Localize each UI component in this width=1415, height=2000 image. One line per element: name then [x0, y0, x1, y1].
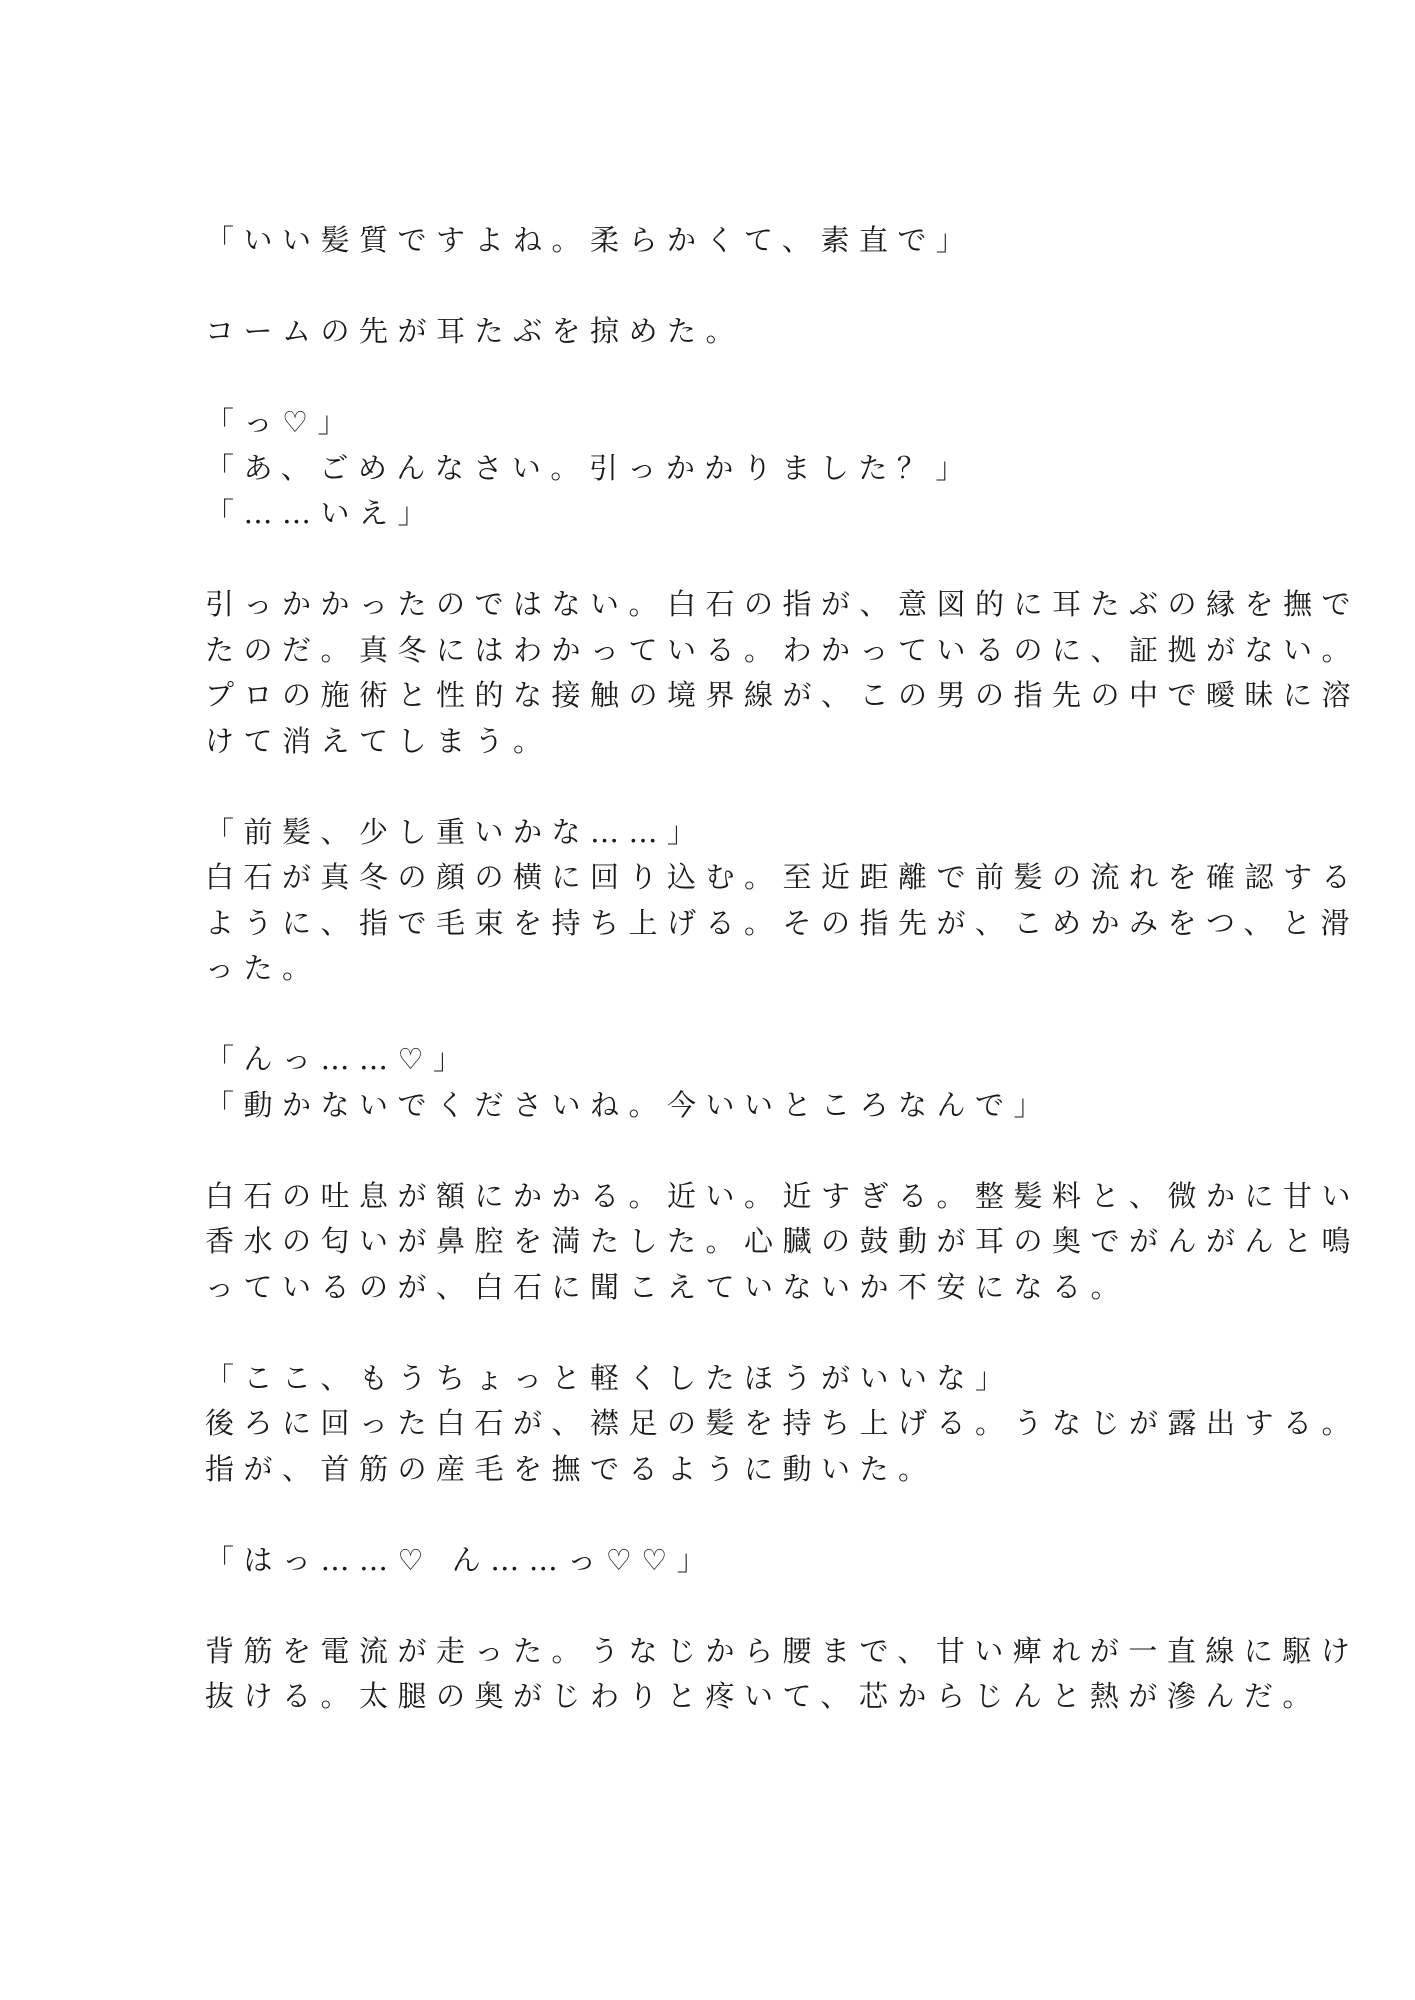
- blank-line: [205, 355, 1205, 401]
- text-line: けて消えてしまう。: [205, 719, 1205, 765]
- text-line: 「前髪、少し重いかな……」: [205, 810, 1205, 856]
- text-line: 後ろに回った白石が、襟足の髪を持ち上げる。うなじが露出する。: [205, 1401, 1205, 1447]
- text-line: 抜ける。太腿の奥がじわりと疼いて、芯からじんと熱が滲んだ。: [205, 1674, 1205, 1720]
- text-line: 「いい髪質ですよね。柔らかくて、素直で」: [205, 218, 1205, 264]
- blank-line: [205, 1128, 1205, 1174]
- document-body: 「いい髪質ですよね。柔らかくて、素直で」 コームの先が耳たぶを掠めた。 「っ♡」…: [205, 218, 1205, 1720]
- blank-line: [205, 537, 1205, 583]
- text-line: 「んっ……♡」: [205, 1037, 1205, 1083]
- text-line: 「っ♡」: [205, 400, 1205, 446]
- text-line: 白石の吐息が額にかかる。近い。近すぎる。整髪料と、微かに甘い: [205, 1174, 1205, 1220]
- text-line: 指が、首筋の産毛を撫でるように動いた。: [205, 1447, 1205, 1493]
- text-line: 「……いえ」: [205, 491, 1205, 537]
- text-line: 「ここ、もうちょっと軽くしたほうがいいな」: [205, 1356, 1205, 1402]
- text-line: 背筋を電流が走った。うなじから腰まで、甘い痺れが一直線に駆け: [205, 1629, 1205, 1675]
- text-line: たのだ。真冬にはわかっている。わかっているのに、証拠がない。: [205, 628, 1205, 674]
- text-line: った。: [205, 946, 1205, 992]
- text-line: 「動かないでくださいね。今いいところなんで」: [205, 1083, 1205, 1129]
- blank-line: [205, 1583, 1205, 1629]
- text-line: 白石が真冬の顔の横に回り込む。至近距離で前髪の流れを確認する: [205, 855, 1205, 901]
- text-line: っているのが、白石に聞こえていないか不安になる。: [205, 1265, 1205, 1311]
- blank-line: [205, 764, 1205, 810]
- text-line: 引っかかったのではない。白石の指が、意図的に耳たぶの縁を撫で: [205, 582, 1205, 628]
- text-line: ように、指で毛束を持ち上げる。その指先が、こめかみをつ、と滑: [205, 901, 1205, 947]
- text-line: 「はっ……♡ ん……っ♡♡」: [205, 1538, 1205, 1584]
- blank-line: [205, 992, 1205, 1038]
- blank-line: [205, 1492, 1205, 1538]
- text-line: コームの先が耳たぶを掠めた。: [205, 309, 1205, 355]
- text-line: 「あ、ごめんなさい。引っかかりました？」: [205, 446, 1205, 492]
- blank-line: [205, 1310, 1205, 1356]
- text-line: プロの施術と性的な接触の境界線が、この男の指先の中で曖昧に溶: [205, 673, 1205, 719]
- text-line: 香水の匂いが鼻腔を満たした。心臓の鼓動が耳の奥でがんがんと鳴: [205, 1219, 1205, 1265]
- blank-line: [205, 264, 1205, 310]
